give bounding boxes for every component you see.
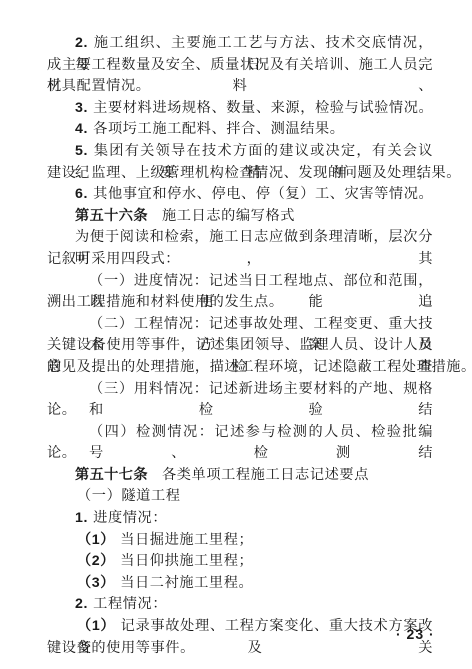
article-title: 施工日志的编写格式 (162, 208, 295, 224)
document-page: 2. 施工组织、主要施工工艺与方法、技术交底情况，每日完 成主要工程数量及安全、… (47, 33, 433, 659)
paragraph-line: （一）进度情况：记述当日工程地点、部位和范围，以便能追 (47, 271, 433, 293)
article-number: 第五十六条 (75, 208, 148, 224)
article-number: 第五十七条 (75, 467, 148, 483)
list-item: （1） 当日掘进施工里程； (47, 530, 433, 552)
article-title: 各类单项工程施工日志记述要点 (162, 467, 369, 483)
paragraph-line: 意见及提出的处理措施，描述工程环境，记述隐蔽工程处理措施。 (47, 357, 433, 379)
paragraph-line: （四）检测情况：记述参与检测的人员、检验批编号、检测结 (47, 422, 433, 444)
paragraph-line: 6. 其他事宜和停水、停电、停（复）工、灾害等情况。 (47, 184, 433, 206)
paragraph-line: 4. 各项圬工施工配料、拌合、测温结果。 (47, 119, 433, 141)
article-heading: 第五十七条各类单项工程施工日志记述要点 (47, 465, 433, 487)
list-item: （1） 记录事故处理、工程方案变化、重大技术方案改变及关 (47, 616, 433, 638)
section-heading: （一）隧道工程 (47, 486, 433, 508)
paragraph-line: 3. 主要材料进场规格、数量、来源，检验与试验情况。 (47, 98, 433, 120)
page-number: · 23 · (396, 626, 435, 642)
paragraph-line: 1. 进度情况： (47, 508, 433, 530)
paragraph-line: （二）工程情况：记述事故处理、工程变更、重大技术方案及 (47, 314, 433, 336)
paragraph-line: 2. 施工组织、主要施工工艺与方法、技术交底情况，每日完 (47, 33, 433, 55)
paragraph-line: 关键设备使用等事件，记述集团领导、监理人员、设计人员的检查 (47, 335, 433, 357)
list-item: （3） 当日二衬施工里程。 (47, 573, 433, 595)
list-item: （2） 当日仰拱施工里程； (47, 551, 433, 573)
paragraph-line: （三）用料情况：记述新进场主要材料的产地、规格和检验结 (47, 379, 433, 401)
paragraph-line: 为便于阅读和检索，施工日志应做到条理清晰，层次分明，其 (47, 227, 433, 249)
article-heading: 第五十六条施工日志的编写格式 (47, 206, 433, 228)
paragraph-line: 建设、监理、上级管理机构检查情况、发现的问题及处理结果。 (47, 163, 433, 185)
paragraph-line: 5. 集团有关领导在技术方面的建议或决定，有关会议纪要精神， (47, 141, 433, 163)
paragraph-line: 成主要工程数量及安全、质量状况及有关培训、施工人员、材料、 (47, 55, 433, 77)
paragraph-line: 2. 工程情况： (47, 594, 433, 616)
